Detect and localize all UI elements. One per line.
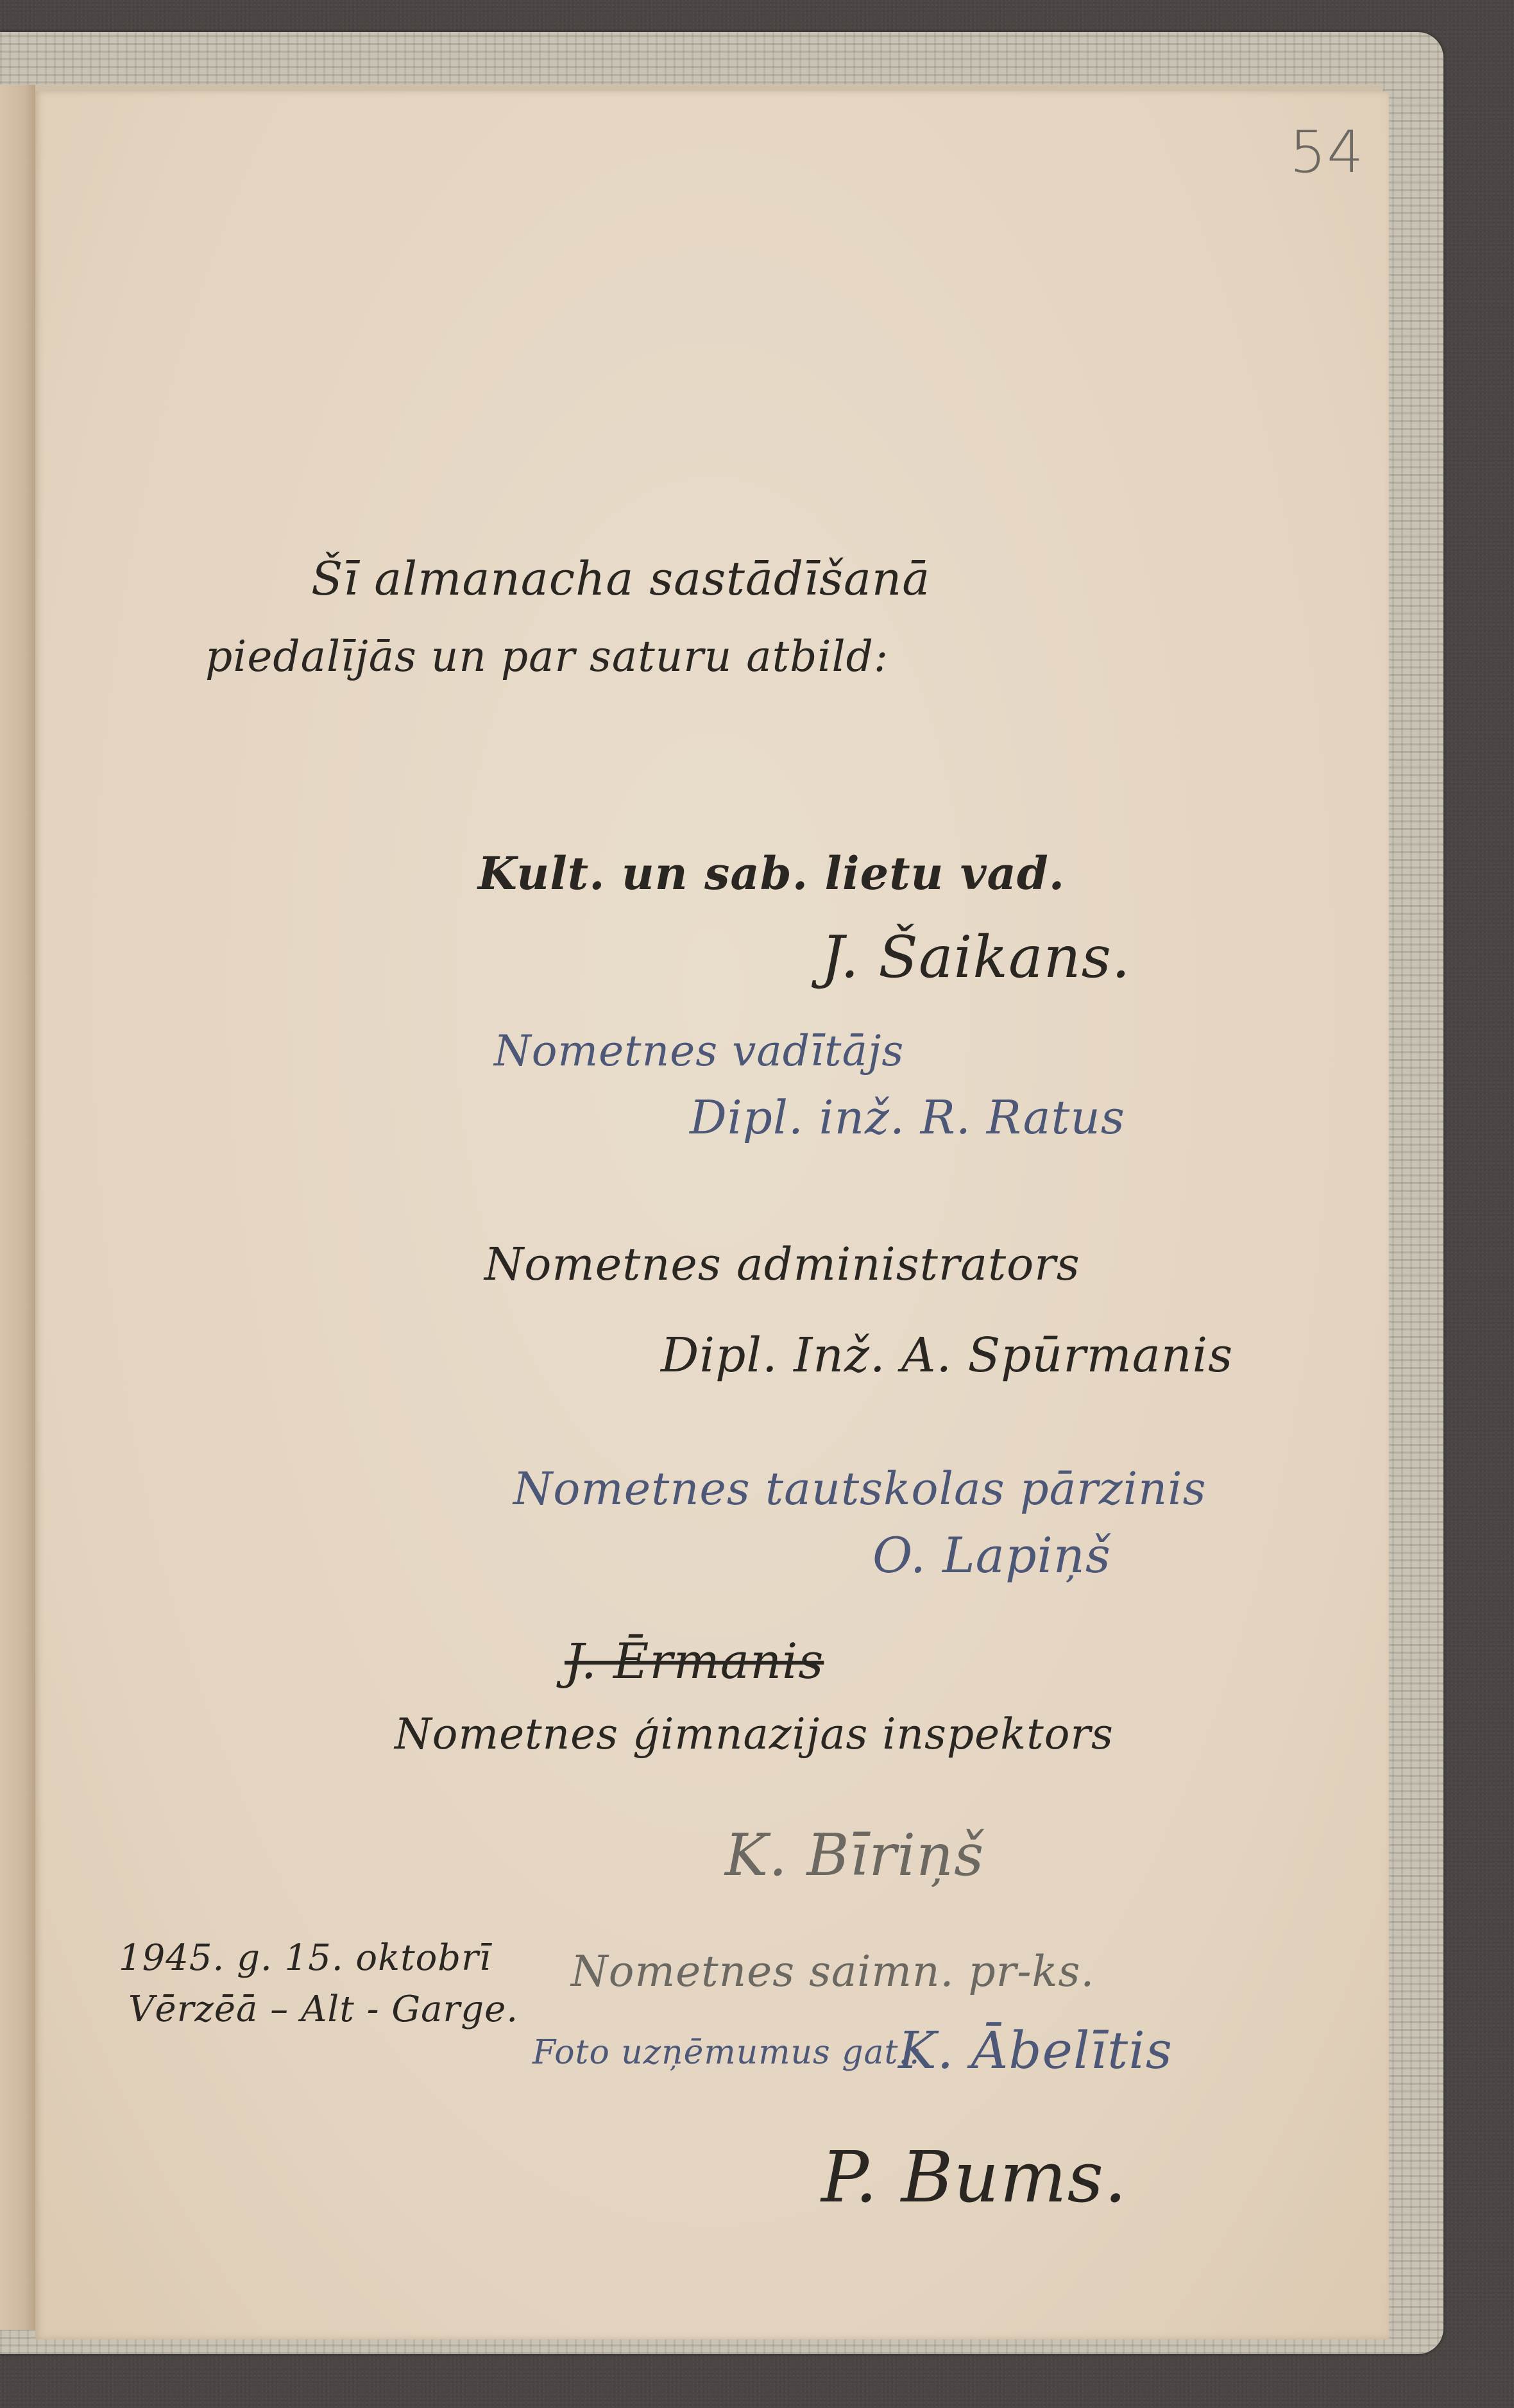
page-number: 54	[1289, 119, 1365, 186]
entry-2-signature: Dipl. inž. R. Ratus	[690, 1090, 1125, 1144]
entry-6-title: Nometnes saimn. pr-ks.	[571, 1947, 1094, 1996]
entry-5-title: Nometnes ģimnazijas inspektors	[395, 1709, 1114, 1759]
entry-3-title: Nometnes administrators	[484, 1238, 1080, 1291]
entry-6-signature: K. Bīriņš	[725, 1822, 984, 1889]
dateline-date: 1945. g. 15. oktobrī	[119, 1937, 491, 1979]
entry-3-signature: Dipl. Inž. A. Spūrmanis	[661, 1328, 1233, 1383]
intro-line-1: Šī almanacha sastādīšanā	[311, 552, 930, 606]
entry-2-title: Nometnes vadītājs	[494, 1026, 904, 1076]
entry-5-signature: J. Ērmanis	[565, 1632, 824, 1690]
entry-7-signature: K. Ābelītis	[898, 2021, 1173, 2080]
entry-4-signature: O. Lapiņš	[872, 1527, 1111, 1584]
entry-1-title: Kult. un sab. lietu vad.	[478, 847, 1065, 900]
dateline-place: Vērzēā – Alt - Garge.	[128, 1988, 518, 2030]
entry-8-signature: P. Bums.	[821, 2136, 1127, 2218]
entry-1-signature: J. Šaikans.	[821, 924, 1130, 991]
previous-page-edge	[0, 85, 35, 2330]
entry-4-title: Nometnes tautskolas pārzinis	[513, 1463, 1207, 1515]
intro-line-2: piedalījās un par saturu atbild:	[205, 632, 889, 681]
entry-7-title: Foto uzņēmumus gat.:	[532, 2033, 921, 2072]
